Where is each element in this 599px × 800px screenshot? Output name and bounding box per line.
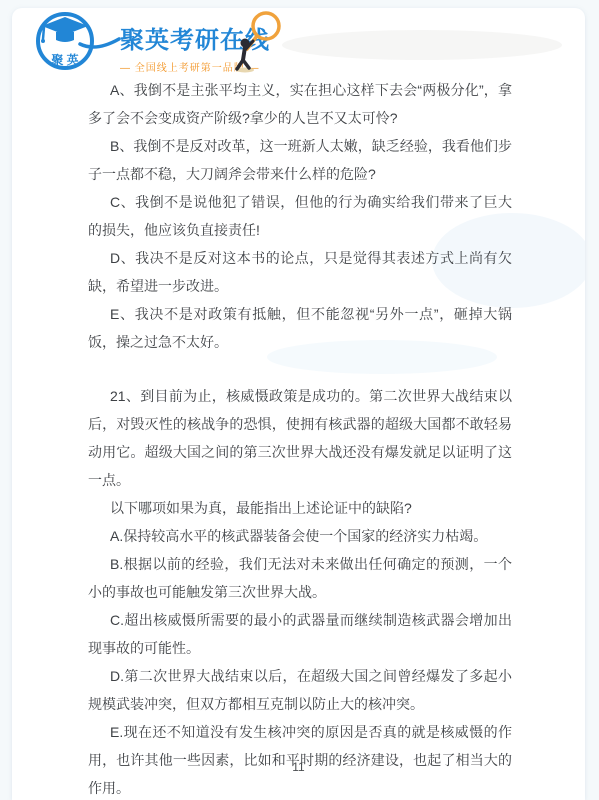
question20-option-a: A、我倒不是主张平均主义，实在担心这样下去会“两极分化”，拿多了会不会变成资产阶… xyxy=(88,76,512,132)
question20-option-b: B、我倒不是反对改革，这一班新人太嫩，缺乏经验，我看他们步子一点都不稳，大刀阔斧… xyxy=(88,132,512,188)
question20-option-e: E、我决不是对政策有抵触，但不能忽视“另外一点”，砸掉大锅饭，操之过急不太好。 xyxy=(88,300,512,356)
brand-tagline: — 全国线上考研第一品牌 — xyxy=(120,59,250,74)
document-body: A、我倒不是主张平均主义，实在担心这样下去会“两极分化”，拿多了会不会变成资产阶… xyxy=(88,76,512,800)
brand-text-block: 聚英考研在线 — 全国线上考研第一品牌 — xyxy=(120,20,250,74)
question21-prompt: 以下哪项如果为真，最能指出上述论证中的缺陷? xyxy=(88,494,512,522)
logo-text: 聚 英 xyxy=(51,52,78,67)
document-page: 聚 英 聚英考研在线 — 全国线上考研第一品牌 — A、我倒不是主张平均主义，实… xyxy=(12,8,585,800)
question20-option-c: C、我倒不是说他犯了错误，但他的行为确实给我们带来了巨大的损失，他应该负直接责任… xyxy=(88,188,512,244)
question21-option-a: A.保持较高水平的核武器装备会使一个国家的经济实力枯竭。 xyxy=(88,522,512,550)
question20-option-d: D、我决不是反对这本书的论点，只是觉得其表述方式上尚有欠缺，希望进一步改进。 xyxy=(88,244,512,300)
magnifier-mascot-icon xyxy=(232,10,284,74)
question21-option-e: E.现在还不知道没有发生核冲突的原因是否真的就是核威慑的作用，也许其他一些因素，… xyxy=(88,718,512,800)
question21-stem: 21、到目前为止，核威慑政策是成功的。第二次世界大战结束以后，对毁灭性的核战争的… xyxy=(88,382,512,494)
question21-option-b: B.根据以前的经验，我们无法对未来做出任何确定的预测，一个小的事故也可能触发第三… xyxy=(88,550,512,606)
question21-option-c: C.超出核威慑所需要的最小的武器量而继续制造核武器会增加出现事故的可能性。 xyxy=(88,606,512,662)
brand-title: 聚英考研在线 xyxy=(120,20,250,55)
question21-option-d: D.第二次世界大战结束以后，在超级大国之间曾经爆发了多起小规模武装冲突，但双方都… xyxy=(88,662,512,718)
brand-header: 聚 英 聚英考研在线 — 全国线上考研第一品牌 — xyxy=(12,8,585,78)
graduation-cap-logo-icon: 聚 英 xyxy=(30,8,122,74)
page-number: 11 xyxy=(12,760,585,774)
